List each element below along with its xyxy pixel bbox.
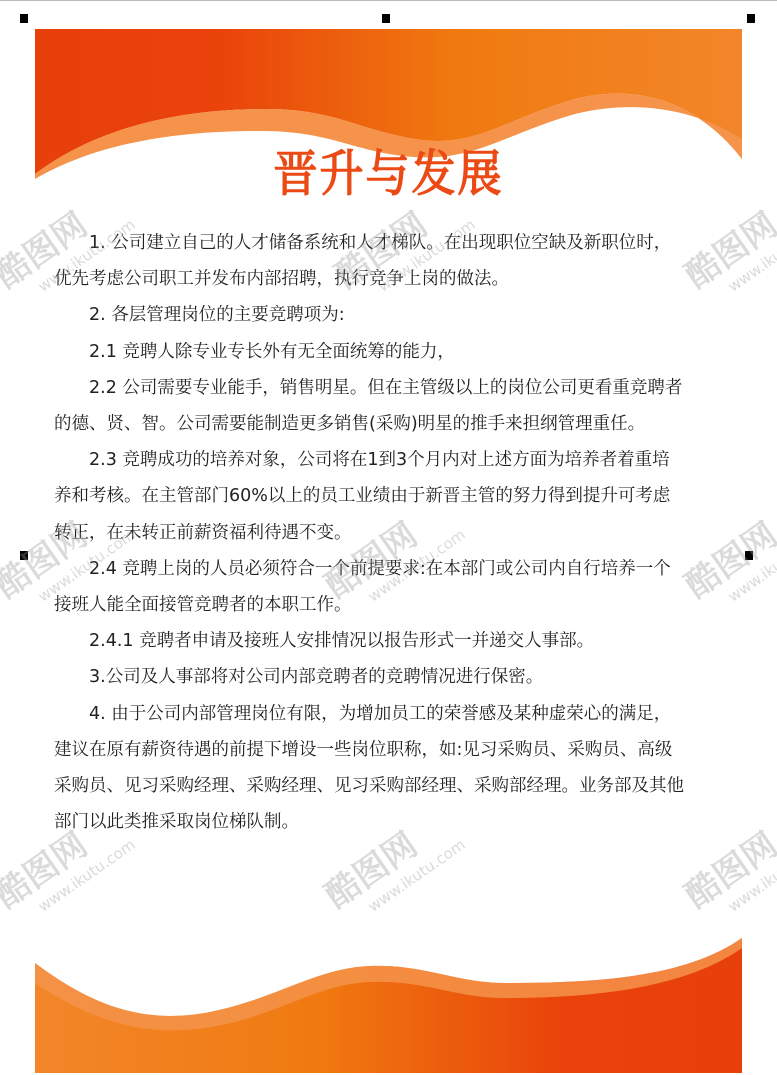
document-page[interactable]: 晋升与发展 1. 公司建立自己的人才储备系统和人才梯队。在出现职位空缺及新职位时… (35, 29, 742, 1073)
selection-handle-top-center[interactable] (382, 14, 390, 23)
selection-handle-middle-left[interactable] (20, 551, 28, 560)
selection-handle-top-right[interactable] (747, 14, 755, 23)
paragraph-2: 2. 各层管理岗位的主要竞聘项为: (54, 297, 686, 333)
paragraph-3: 3.公司及人事部将对公司内部竞聘者的竞聘情况进行保密。 (54, 659, 686, 695)
selection-handle-top-left[interactable] (20, 14, 28, 23)
bottom-wave-decoration (35, 938, 742, 1073)
paragraph-2-3: 2.3 竞聘成功的培养对象，公司将在1到3个月内对上述方面为培养者着重培养和考核… (54, 442, 686, 551)
paragraph-2-2: 2.2 公司需要专业能手，销售明星。但在主管级以上的岗位公司更看重竞聘者的德、贤… (54, 370, 686, 442)
selection-handle-middle-right[interactable] (745, 551, 753, 560)
paragraph-2-4: 2.4 竞聘上岗的人员必须符合一个前提要求:在本部门或公司内自行培养一个接班人能… (54, 551, 686, 623)
paragraph-2-4-1: 2.4.1 竞聘者申请及接班人安排情况以报告形式一并递交人事部。 (54, 623, 686, 659)
paragraph-1: 1. 公司建立自己的人才储备系统和人才梯队。在出现职位空缺及新职位时，优先考虑公… (54, 225, 686, 297)
document-title: 晋升与发展 (35, 133, 742, 205)
paragraph-2-1: 2.1 竞聘人除专业专长外有无全面统筹的能力， (54, 334, 686, 370)
paragraph-4: 4. 由于公司内部管理岗位有限，为增加员工的荣誉感及某种虚荣心的满足，建议在原有… (54, 696, 686, 841)
window-top-border (0, 0, 777, 1)
document-body: 1. 公司建立自己的人才储备系统和人才梯队。在出现职位空缺及新职位时，优先考虑公… (54, 225, 686, 840)
